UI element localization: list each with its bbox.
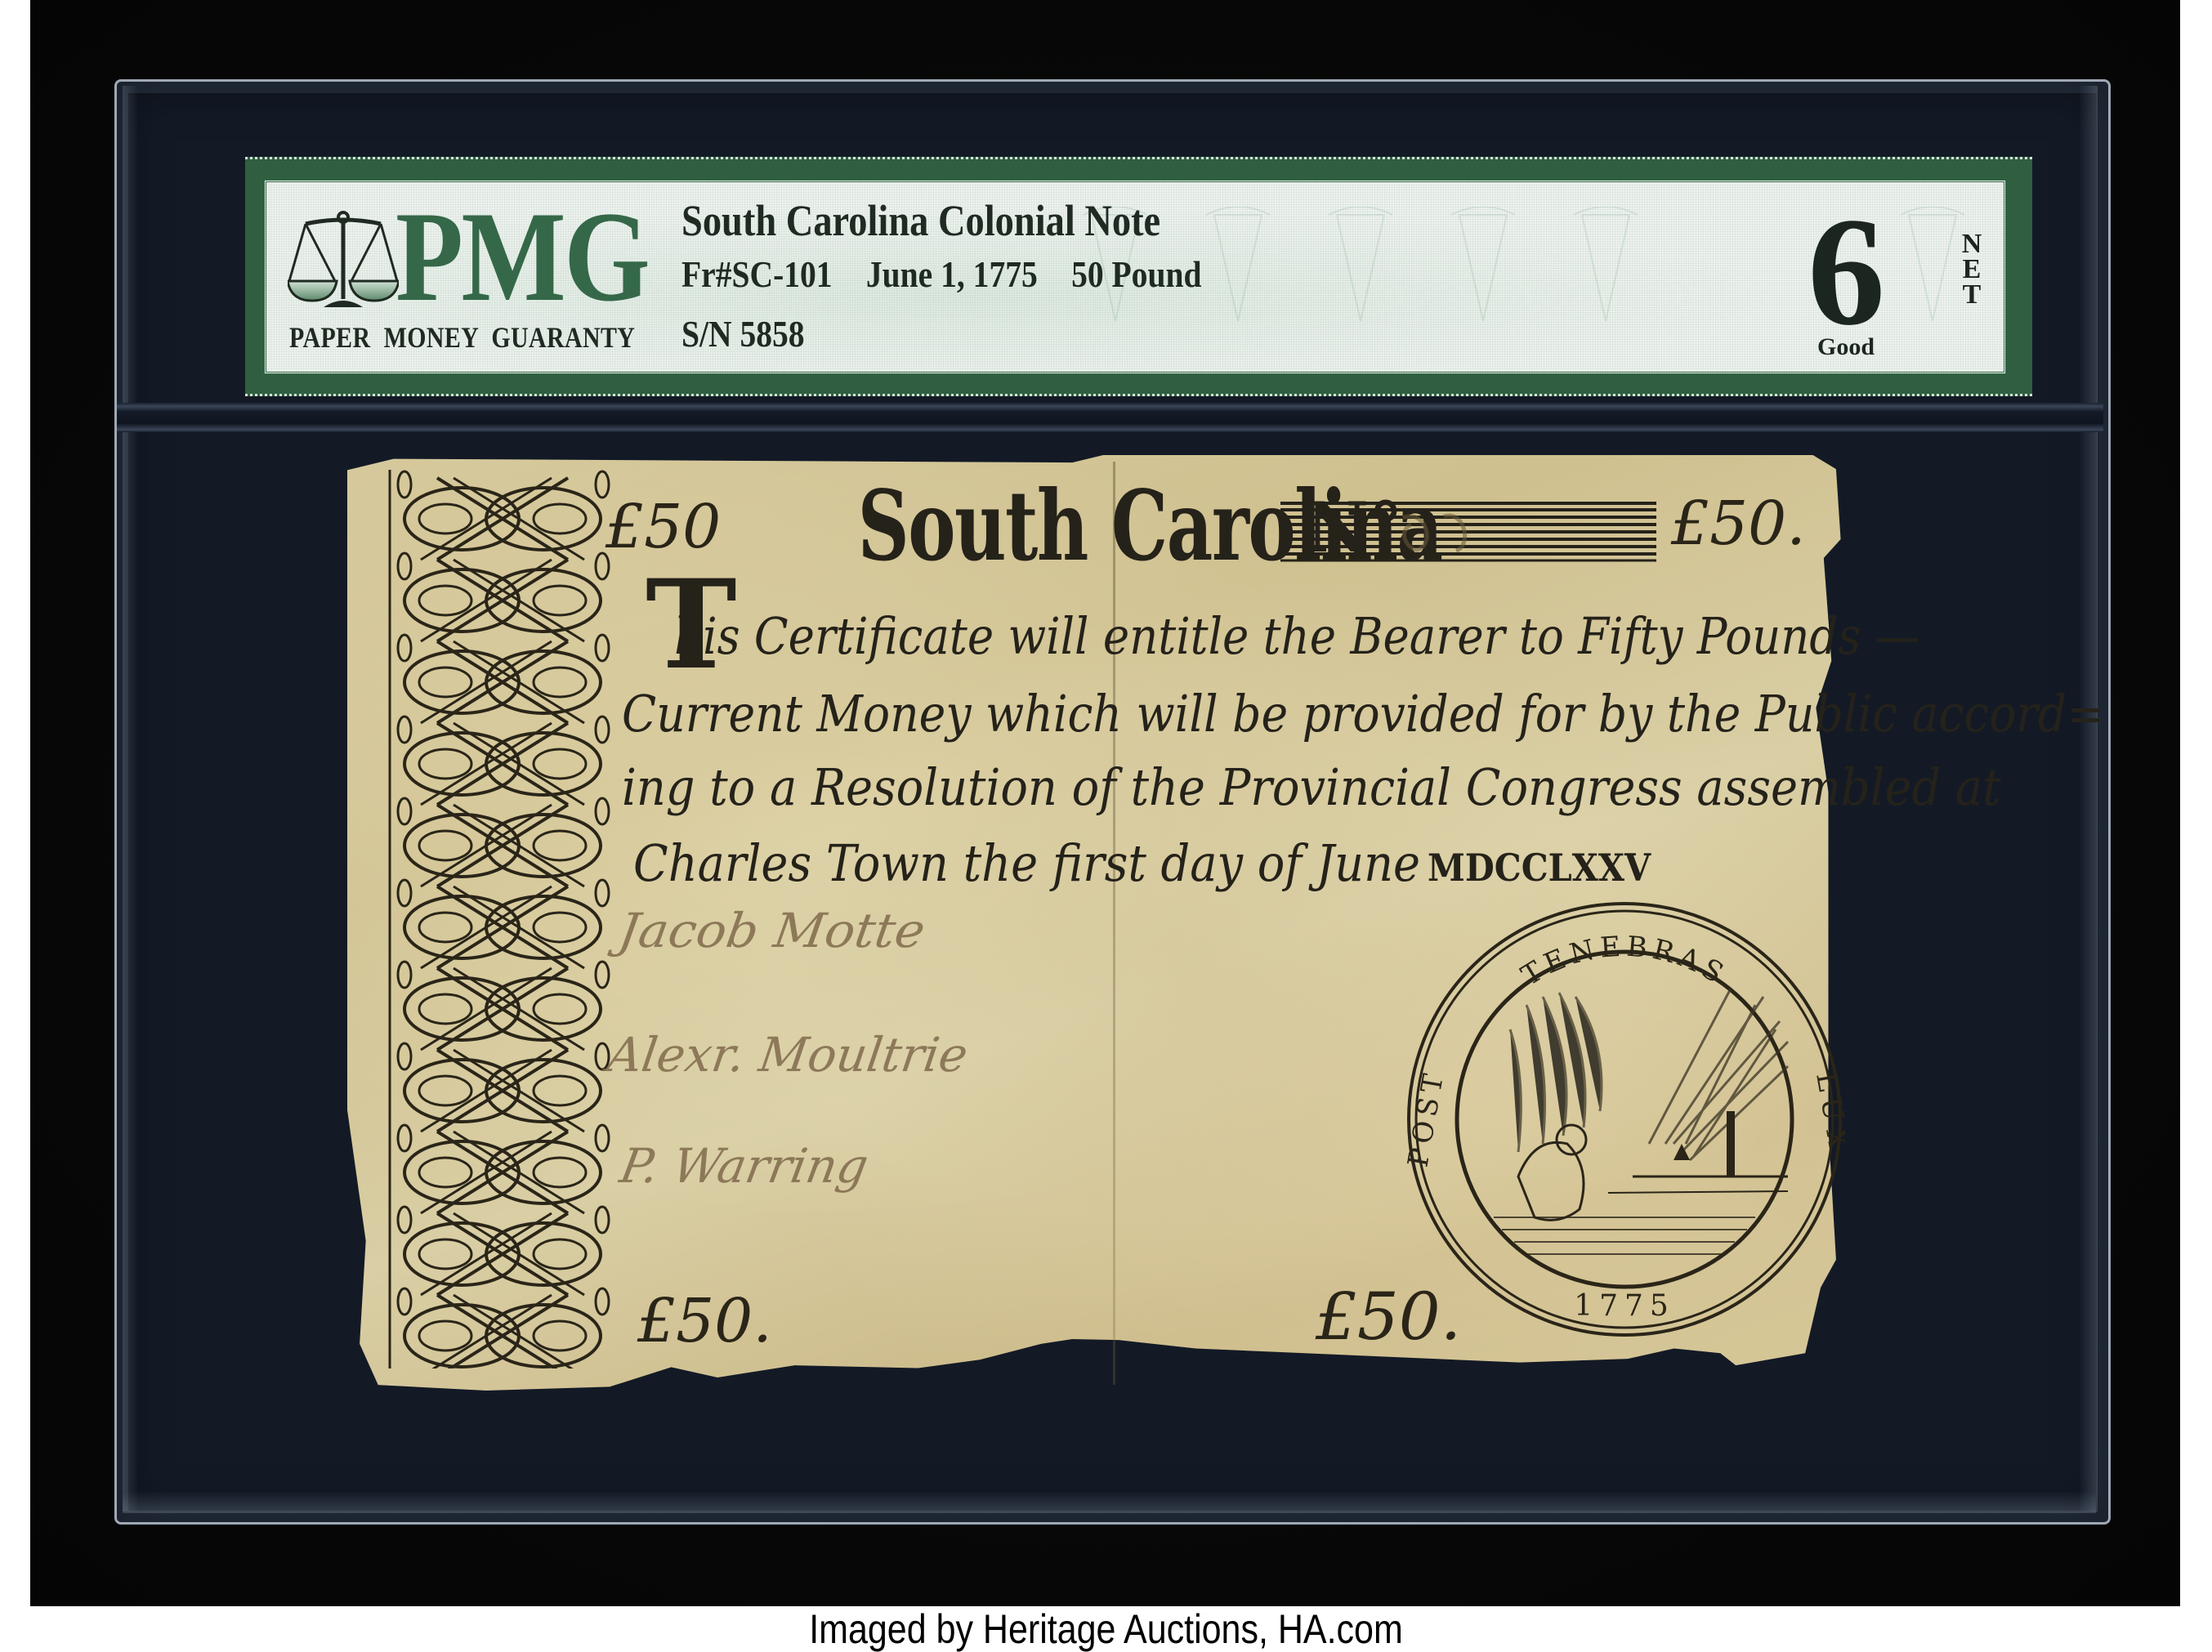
denomination-bottom-right: £50.: [1316, 1284, 1461, 1350]
seal-motto-right: LUX: [1809, 1070, 1845, 1159]
issue-date: June 1, 1775: [866, 256, 1038, 293]
scrollwork-border-band: [388, 470, 621, 1368]
signature: Alexr. Moultrie: [605, 1031, 971, 1078]
grader-tagline: PAPER MONEY GUARANTY: [289, 323, 635, 352]
seal-year: 1775: [1574, 1289, 1675, 1323]
note-text-line: Current Money which will be provided for…: [622, 689, 2104, 739]
holder-edge-right: [2080, 86, 2098, 1511]
grade-label: Good: [1817, 335, 1875, 359]
note-text-line: ing to a Resolution of the Provincial Co…: [622, 762, 2001, 813]
grade-qualifier: NET: [1958, 231, 1986, 307]
fold-crease: [1113, 462, 1115, 1385]
denomination: 50 Pound: [1071, 256, 1201, 293]
note-text-line: Charles Town the first day of JuneMDCCLX…: [633, 838, 1651, 893]
watermark-scale-icon: [1901, 207, 1964, 329]
holder-separator-ridge: [117, 403, 2103, 432]
seal-motto-top: TENEBRAS: [1516, 931, 1733, 993]
holder-edge-left: [123, 86, 137, 1511]
roman-date: MDCCLXXV: [1428, 846, 1651, 890]
watermark-scale-icon: [1451, 207, 1515, 329]
note-text-line: his Certificate will entitle the Bearer …: [674, 611, 1919, 662]
watermark-scale-icon: [1329, 207, 1392, 329]
denomination-top-right: £50.: [1671, 493, 1806, 554]
denomination-bottom-left: £50.: [637, 1291, 772, 1351]
grader-logo: PMG: [395, 193, 648, 322]
signature: Jacob Motte: [615, 907, 927, 954]
label-meta: Fr#SC-101June 1, 177550 Pound: [681, 256, 1236, 293]
watermark-scale-icon: [1574, 207, 1638, 329]
holder-edge-bottom: [123, 1492, 2096, 1513]
denomination-top-left: £50: [606, 497, 721, 557]
note-text-line-content: Charles Town the first day of June: [633, 833, 1420, 893]
serial-number-prefix: N°: [1306, 493, 1403, 562]
label-title: South Carolina Colonial Note: [681, 199, 1160, 243]
signature: P. Warring: [617, 1142, 872, 1190]
seal-vignette: TENEBRAS POST LUX 1775: [1404, 899, 1845, 1340]
catalog-number: Fr#SC-101: [681, 256, 833, 293]
grade-number: 6: [1808, 203, 1885, 342]
label-serial-number: S/N 5858: [681, 315, 805, 353]
image-credit-caption: Imaged by Heritage Auctions, HA.com: [154, 1606, 2057, 1652]
scales-of-justice-icon: [288, 209, 399, 310]
